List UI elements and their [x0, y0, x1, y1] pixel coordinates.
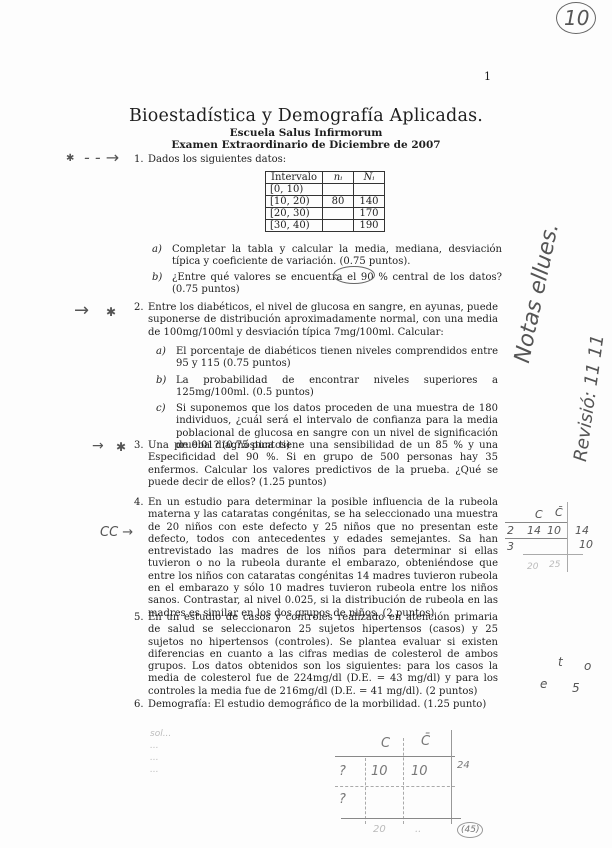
side-table-label: C	[535, 508, 543, 521]
arrow-mark: - - →	[84, 148, 119, 167]
table-cell	[323, 208, 354, 220]
school-name: Escuela Salus Infirmorum	[0, 127, 612, 139]
side-mark: t	[558, 655, 563, 669]
side-table-cell: 10	[579, 538, 593, 551]
table-row: [10, 20) 80 140	[266, 196, 385, 208]
table-header: Intervalo	[266, 172, 323, 184]
margin-note-1: Notas ellues.	[510, 221, 564, 365]
question-text: Dados los siguientes datos:	[148, 154, 286, 165]
question-4: 4. En un estudio para determinar la posi…	[148, 497, 498, 620]
faint-line: ...	[150, 740, 171, 752]
bottom-table-cell: 24	[457, 760, 470, 771]
sub-item-a: a) Completar la tabla y calcular la medi…	[152, 244, 502, 269]
question-text: Una prueba diagnóstica tiene una sensibi…	[148, 440, 498, 488]
star-mark: ✱	[66, 153, 74, 164]
item-label: b)	[152, 272, 162, 284]
question-2-items: a) El porcentaje de diabéticos tienen ni…	[156, 344, 498, 452]
item-text: El porcentaje de diabéticos tienen nivel…	[176, 346, 498, 369]
sub-item-b: b) La probabilidad de encontrar niveles …	[156, 375, 498, 400]
question-3: 3. Una prueba diagnóstica tiene una sens…	[148, 440, 498, 489]
bottom-table-cell: ?	[339, 792, 346, 807]
question-text: En un estudio de casos y controles reali…	[148, 612, 498, 697]
grade-circle	[556, 2, 596, 34]
item-label: c)	[156, 403, 166, 415]
table-row: [0, 10)	[266, 184, 385, 196]
bottom-table-total: 20	[373, 824, 386, 835]
question-number: 5.	[134, 612, 144, 624]
item-label: b)	[156, 375, 166, 387]
question-number: 1.	[134, 154, 144, 166]
question-text: Demografía: El estudio demográfico de la…	[148, 699, 486, 710]
table-cell	[323, 220, 354, 232]
table-cell: 80	[323, 196, 354, 208]
table-cell: [30, 40)	[266, 220, 323, 232]
arrow-mark: →	[92, 438, 104, 454]
side-table-total: 20	[527, 562, 538, 572]
bottom-table-total: ..	[415, 824, 421, 835]
bottom-table-cell: 10	[411, 764, 428, 779]
question-6: 6. Demografía: El estudio demográfico de…	[148, 699, 498, 711]
faint-line: sol...	[150, 728, 171, 740]
side-table-total: 25	[549, 560, 560, 570]
bottom-table-label: C	[381, 736, 390, 751]
item-text: La probabilidad de encontrar niveles sup…	[176, 375, 498, 398]
table-cell: [10, 20)	[266, 196, 323, 208]
table-header: nᵢ	[323, 172, 354, 184]
table-cell: 140	[354, 196, 385, 208]
page-number: 1	[484, 70, 491, 83]
side-mark: o	[584, 659, 591, 673]
faint-line: ...	[150, 764, 171, 776]
table-cell: 170	[354, 208, 385, 220]
side-table-cell: 14	[575, 524, 589, 537]
table-cell: 190	[354, 220, 385, 232]
side-table-cell: 3	[507, 540, 514, 553]
bottom-table-label: C̄	[421, 734, 430, 749]
star-mark: ✱	[116, 440, 126, 454]
question-1: 1. Dados los siguientes datos:	[148, 154, 498, 166]
side-table-cell: 14	[527, 524, 541, 537]
bottom-table-total: (45)	[457, 822, 483, 838]
question-text: Entre los diabéticos, el nivel de glucos…	[148, 302, 498, 338]
table-row: [30, 40) 190	[266, 220, 385, 232]
table-cell	[354, 184, 385, 196]
side-table-cell: 2	[507, 524, 514, 537]
table-cell	[323, 184, 354, 196]
side-table-cell: 10	[547, 524, 561, 537]
table-cell: [20, 30)	[266, 208, 323, 220]
question-number: 4.	[134, 497, 144, 509]
question-number: 2.	[134, 302, 144, 314]
side-marks: e t o 5	[540, 655, 610, 715]
bottom-left-notes: sol... ... ... ...	[150, 728, 171, 776]
sub-item-b: b) ¿Entre qué valores se encuentra el 90…	[152, 272, 502, 297]
table-cell: [0, 10)	[266, 184, 323, 196]
table-header-row: Intervalo nᵢ Nᵢ	[266, 172, 385, 184]
question-text: En un estudio para determinar la posible…	[148, 497, 498, 619]
document-title: Bioestadística y Demografía Aplicadas.	[0, 106, 612, 126]
item-label: a)	[152, 244, 162, 256]
question-5: 5. En un estudio de casos y controles re…	[148, 612, 498, 698]
question-1-items: a) Completar la tabla y calcular la medi…	[152, 242, 502, 296]
faint-line: ...	[150, 752, 171, 764]
data-table: Intervalo nᵢ Nᵢ [0, 10) [10, 20) 80 140 …	[265, 171, 385, 232]
bottom-table-cell: 10	[371, 764, 388, 779]
bottom-table: C C̄ ? 10 10 24 ? 20 .. (45)	[335, 730, 485, 840]
question-number: 3.	[134, 440, 144, 452]
star-mark: ✱	[106, 305, 116, 319]
item-text: Completar la tabla y calcular la media, …	[172, 244, 502, 267]
margin-note-2: Revisió: 11 11	[570, 333, 609, 463]
question-2: 2. Entre los diabéticos, el nivel de glu…	[148, 302, 498, 339]
cc-note: CC →	[100, 525, 133, 540]
side-table: C C̄ 2 14 10 14 3 10 20 25	[505, 500, 605, 580]
table-header: Nᵢ	[354, 172, 385, 184]
arrow-mark: →	[74, 300, 89, 321]
circle-mark-90	[333, 266, 375, 284]
bottom-table-cell: ?	[339, 764, 346, 779]
table-row: [20, 30) 170	[266, 208, 385, 220]
side-table-label: C̄	[555, 506, 563, 519]
sub-item-a: a) El porcentaje de diabéticos tienen ni…	[156, 346, 498, 371]
side-mark: e	[540, 677, 547, 691]
question-number: 6.	[134, 699, 144, 711]
item-label: a)	[156, 346, 166, 358]
side-mark: 5	[572, 681, 580, 695]
